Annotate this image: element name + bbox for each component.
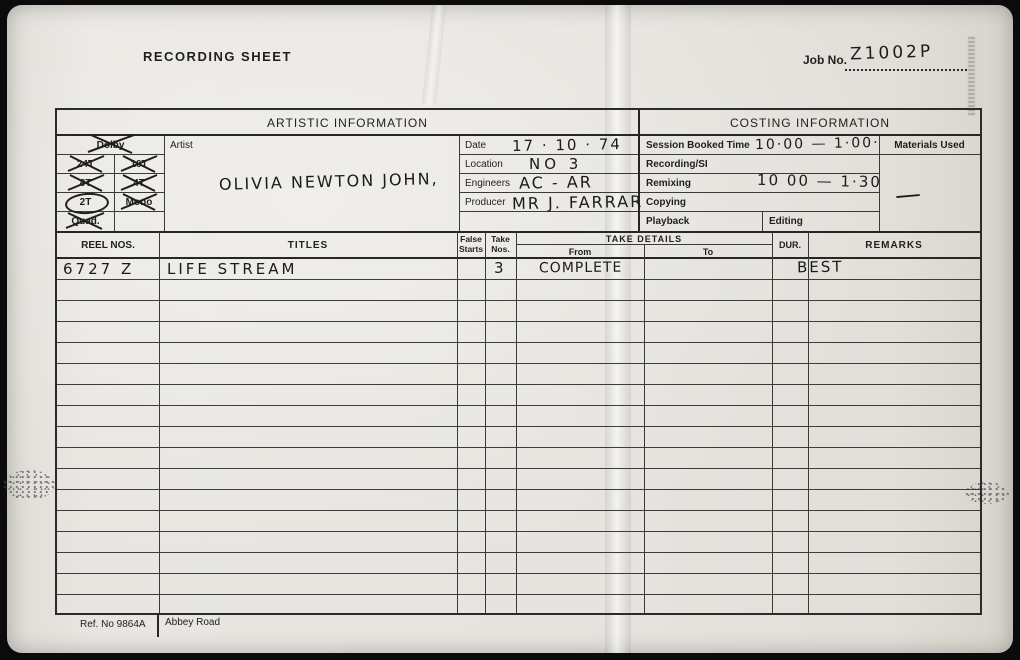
remixing-label: Remixing [646,178,691,189]
ref-no: Ref. No 9864A [80,619,146,630]
entry-from: COMPLETE [539,260,622,277]
job-no-value: Z1002P [850,42,934,65]
studio-name: Abbey Road [165,617,220,628]
editing-label: Editing [769,216,803,227]
format-cell-24t: 24T [57,156,114,172]
scanned-recording-sheet: RECORDING SHEET Job No. Z1002P ARTISTIC … [7,5,1013,653]
scan-speckle-left [3,470,55,500]
format-cell-8t: 8T [57,175,114,191]
artistic-information-header: ARTISTIC INFORMATION [57,113,638,133]
format-dolby-label: Dolby [57,137,164,153]
format-cell-mono: Mono [114,194,164,210]
materials-used-label: Materials Used [879,138,980,152]
take-table-ruled-rows [57,259,980,615]
format-cell-quad: Quad. [57,213,114,229]
entry-remarks: BEST [797,258,844,277]
recording-si-label: Recording/SI [646,159,708,170]
session-booked-time-value: 10·00 — 1·00· [755,135,880,153]
format-cell-4t: 4T [114,175,164,191]
false-starts-header: False Starts [457,233,485,257]
location-label: Location [465,159,503,170]
artist-value: OLIVIA NEWTON JOHN, [219,169,439,194]
paper-crease-top [422,5,446,106]
entry-title: LIFE STREAM [167,260,297,278]
remixing-value: 10 00 — 1·30 [757,171,882,191]
edge-print-smudge [968,37,975,115]
costing-information-header: COSTING INFORMATION [640,113,980,133]
date-label: Date [465,140,486,151]
session-booked-time-label: Session Booked Time [646,140,750,151]
remarks-header: REMARKS [808,237,980,253]
job-no-label: Job No. [803,53,847,67]
artist-label: Artist [170,140,193,151]
page-title: RECORDING SHEET [143,49,292,64]
titles-header: TITLES [159,237,457,253]
to-header: To [644,246,772,257]
format-cell-16t: 16T [114,156,164,172]
engineers-value: AC - AR [519,172,593,192]
entry-take-no: 3 [494,259,506,277]
reel-nos-header: REEL NOS. [57,237,159,253]
take-nos-header: Take Nos. [485,233,516,257]
location-value: NO 3 [529,155,582,173]
dur-header: DUR. [772,237,808,253]
from-header: From [516,246,644,257]
copying-label: Copying [646,197,686,208]
producer-value: MR J. FARRAR [512,192,644,213]
entry-reel-nos: 6727 Z [63,260,134,278]
playback-label: Playback [646,216,689,227]
date-value: 17 · 10 · 74 [512,135,622,155]
take-details-header: TAKE DETAILS [516,233,772,244]
engineers-label: Engineers [465,178,510,189]
materials-used-value: — [894,179,925,211]
producer-label: Producer [465,197,506,208]
recording-form-table: ARTISTIC INFORMATION COSTING INFORMATION… [55,108,982,615]
